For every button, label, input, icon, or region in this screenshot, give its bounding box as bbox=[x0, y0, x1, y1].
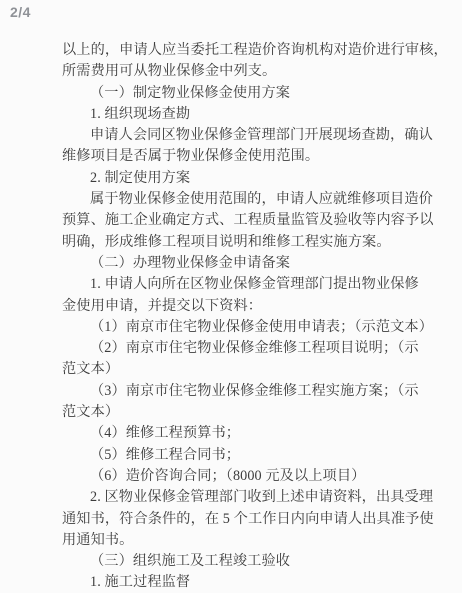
doc-line: （4）维修工程预算书； bbox=[62, 423, 442, 444]
doc-line: 1. 组织现场查勘 bbox=[62, 104, 442, 125]
doc-line: （一）制定物业保修金使用方案 bbox=[62, 83, 442, 104]
doc-line: 1. 申请人向所在区物业保修金管理部门提出物业保修 bbox=[62, 274, 442, 295]
doc-line: （2）南京市住宅物业保修金维修工程项目说明；（示 bbox=[62, 338, 442, 359]
doc-line: 预算、施工企业确定方式、工程质量监管及验收等内容予以 bbox=[62, 210, 442, 231]
doc-line: 金使用申请，并提交以下资料： bbox=[62, 296, 442, 317]
doc-line: 2. 区物业保修金管理部门收到上述申请资料，出具受理 bbox=[62, 487, 442, 508]
doc-line: 1. 施工过程监督 bbox=[62, 572, 442, 593]
doc-line: 明确，形成维修工程项目说明和维修工程实施方案。 bbox=[62, 232, 442, 253]
doc-line: 范文本） bbox=[62, 402, 442, 423]
doc-line: 范文本） bbox=[62, 359, 442, 380]
doc-line: 所需费用可从物业保修金中列支。 bbox=[62, 61, 442, 82]
doc-line: 维修项目是否属于物业保修金使用范围。 bbox=[62, 146, 442, 167]
doc-line: 申请人会同区物业保修金管理部门开展现场查勘，确认 bbox=[62, 125, 442, 146]
doc-line: 以上的，申请人应当委托工程造价咨询机构对造价进行审核， bbox=[62, 40, 442, 61]
doc-line: （6）造价咨询合同；（8000 元及以上项目） bbox=[62, 466, 442, 487]
doc-line: 通知书，符合条件的，在 5 个工作日内向申请人出具准予使 bbox=[62, 509, 442, 530]
document-body: 以上的，申请人应当委托工程造价咨询机构对造价进行审核， 所需费用可从物业保修金中… bbox=[62, 40, 442, 593]
page-number-indicator: 2/4 bbox=[10, 4, 31, 20]
doc-line: （5）维修工程合同书； bbox=[62, 445, 442, 466]
document-page: 2/4 以上的，申请人应当委托工程造价咨询机构对造价进行审核， 所需费用可从物业… bbox=[0, 0, 462, 593]
doc-line: 属于物业保修金使用范围的，申请人应就维修项目造价 bbox=[62, 189, 442, 210]
doc-line: （三）组织施工及工程竣工验收 bbox=[62, 551, 442, 572]
doc-line: （3）南京市住宅物业保修金维修工程实施方案；（示 bbox=[62, 381, 442, 402]
doc-line: 2. 制定使用方案 bbox=[62, 168, 442, 189]
doc-line: （二）办理物业保修金申请备案 bbox=[62, 253, 442, 274]
doc-line: 用通知书。 bbox=[62, 530, 442, 551]
doc-line: （1）南京市住宅物业保修金使用申请表；（示范文本） bbox=[62, 317, 442, 338]
